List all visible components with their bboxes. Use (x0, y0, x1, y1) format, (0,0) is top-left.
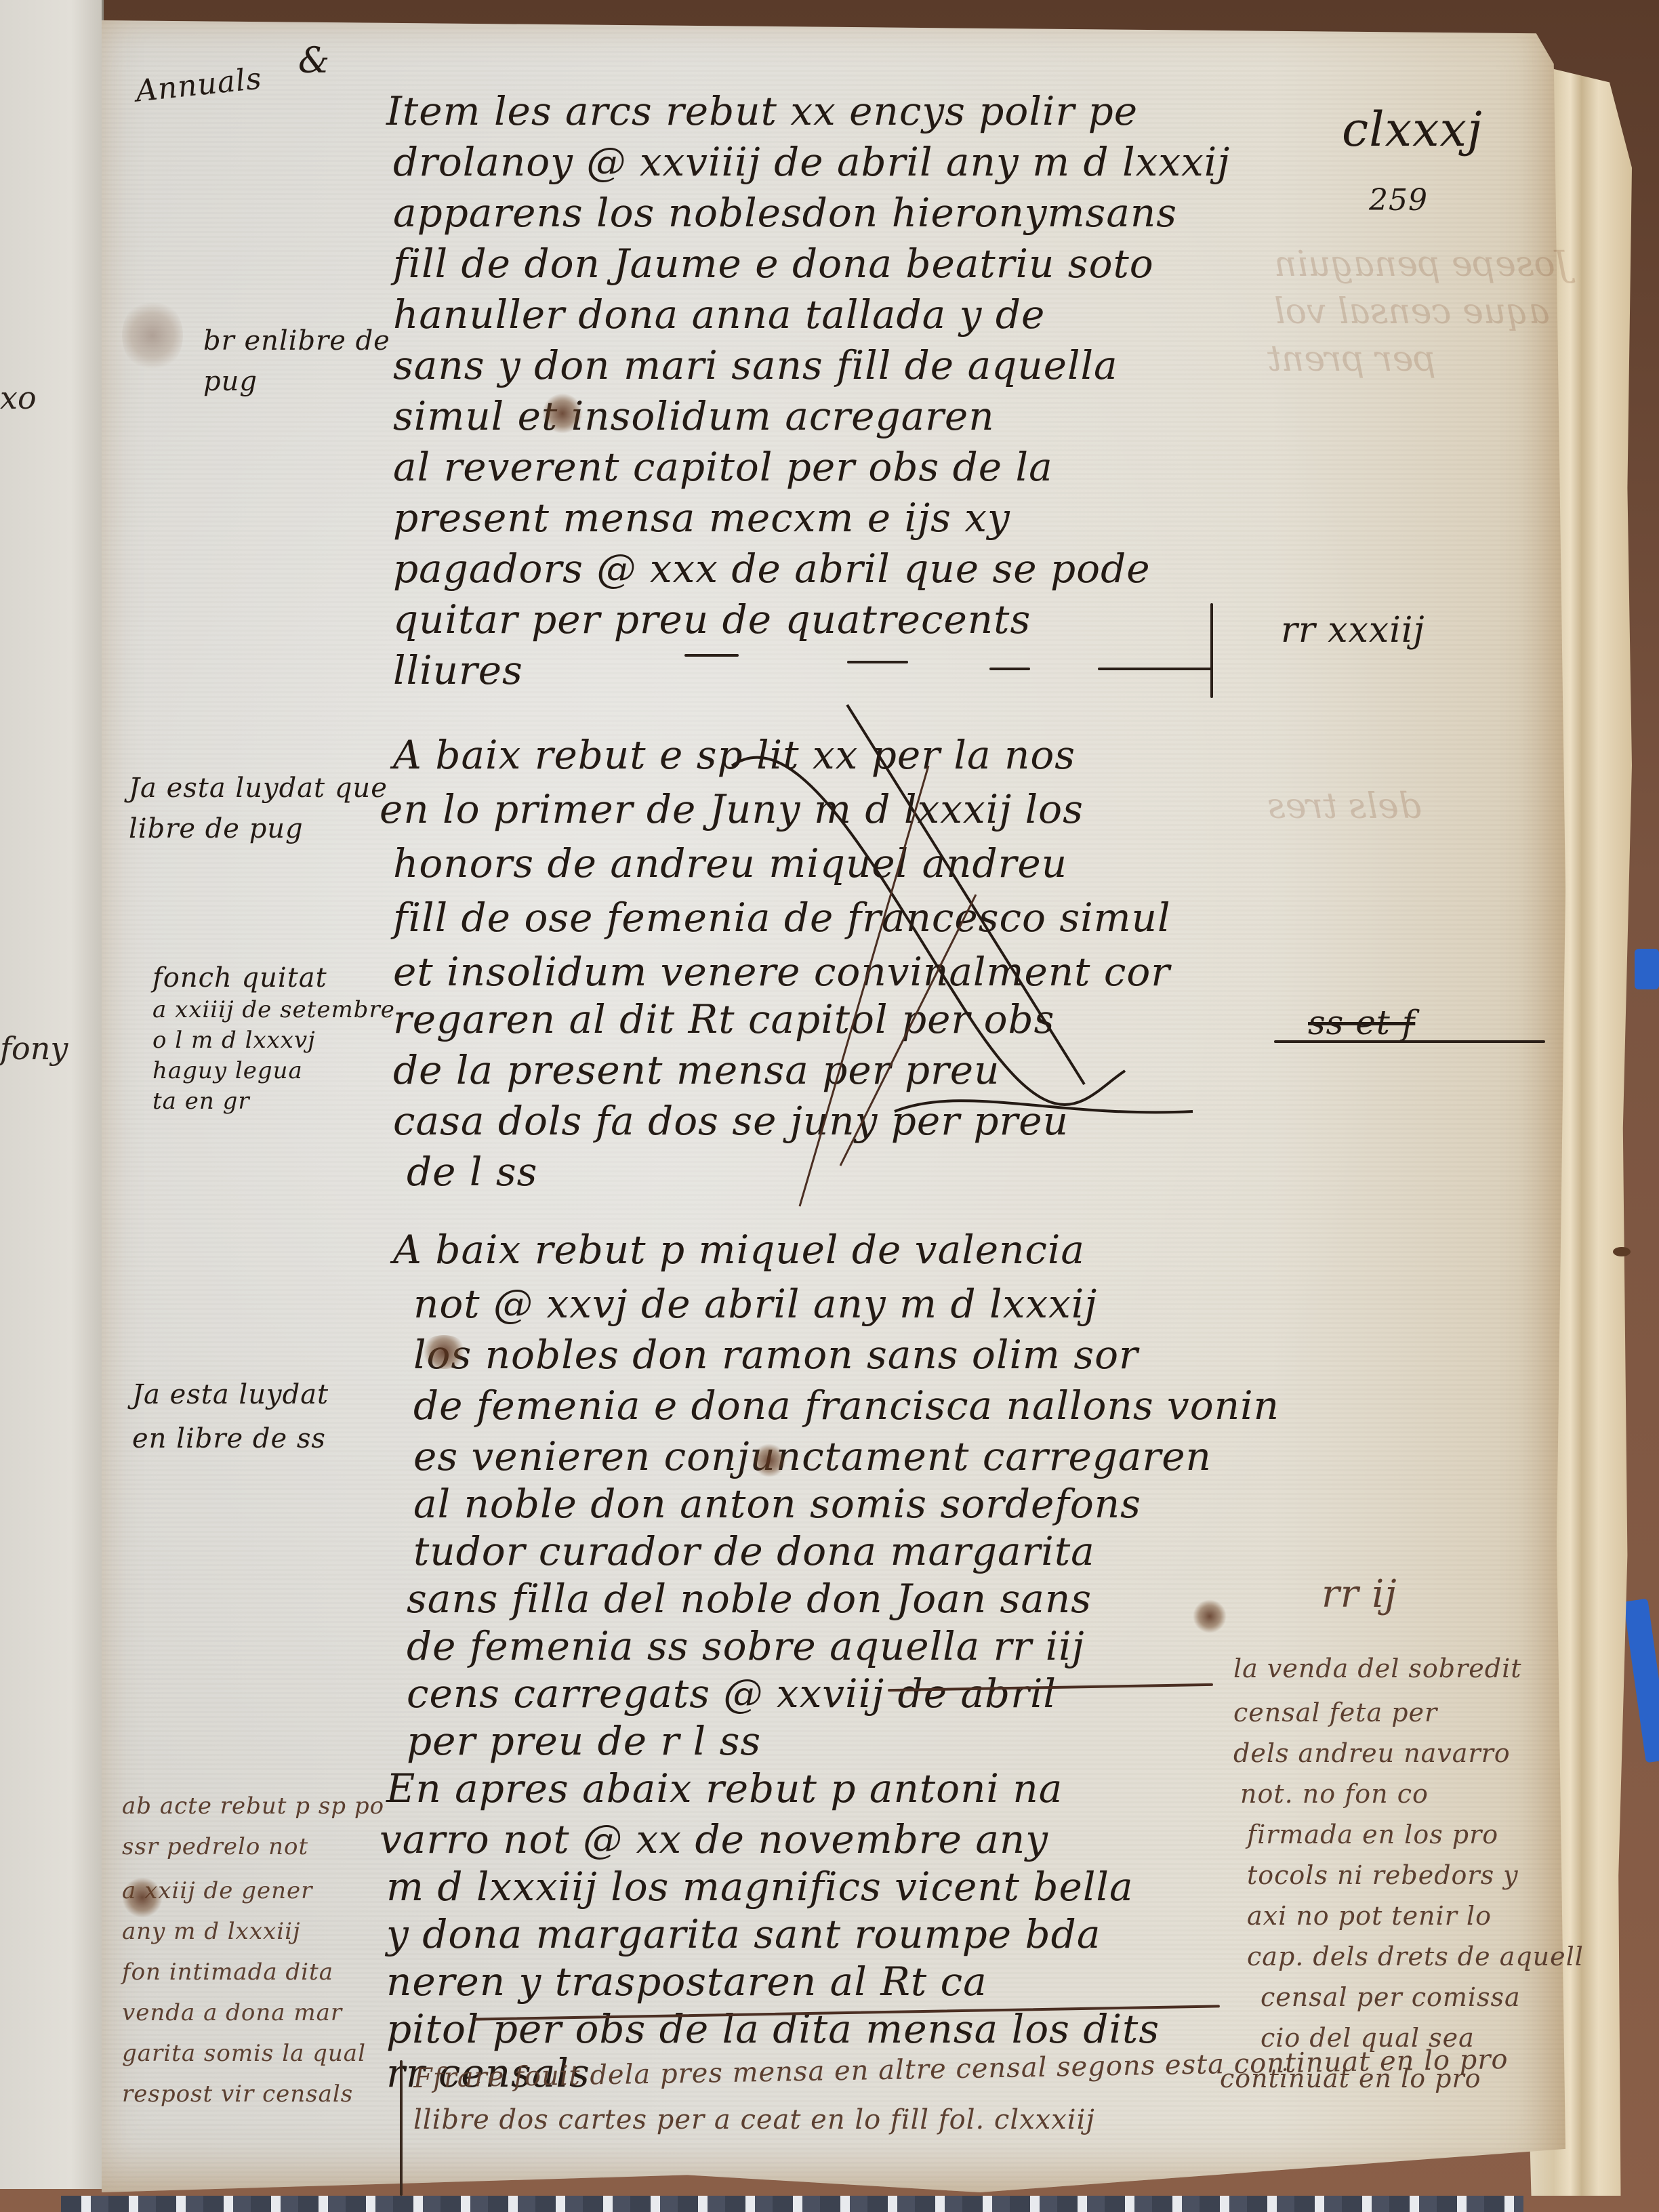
margin-note: respost vir censals (122, 2081, 353, 2108)
facing-page-fragment: fony (0, 1030, 68, 1067)
margin-note-redemption: a xxiiij de setembre (152, 996, 395, 1023)
margin-note-line: cap. dels drets de aquell (1247, 1942, 1584, 1971)
entry-line: lliures (393, 647, 523, 693)
margin-note: pug (203, 366, 258, 397)
entry-line: tudor curador de dona margarita (413, 1528, 1095, 1574)
line-filler (989, 668, 1030, 670)
entry-line: de femenia e dona francisca nallons voni… (413, 1382, 1279, 1429)
entry-line: en lo primer de Juny m d lxxxij los (380, 786, 1084, 832)
bleed-through-text: per prent (1267, 339, 1436, 380)
margin-note-redemption: ta en gr (152, 1088, 250, 1115)
ink-stain (1193, 1599, 1227, 1633)
entry-line: simul et insolidum acregaren (393, 393, 995, 439)
entry-amount: rr xxxiij (1281, 610, 1425, 651)
ink-stain (122, 1877, 163, 1918)
margin-note: ssr pedrelo not (122, 1833, 308, 1860)
margin-note: ab acte rebut p sp po (122, 1793, 384, 1820)
entry-line: fill de ose femenia de francesco simul (393, 895, 1171, 941)
bleed-through-text: Josepe penaguin (1274, 244, 1570, 285)
entry-line: neren y traspostaren al Rt ca (386, 1959, 987, 2005)
margin-note-line: axi no pot tenir lo (1247, 1901, 1492, 1931)
entry-line: En apres abaix rebut p antoni na (386, 1765, 1063, 1811)
margin-note: venda a dona mar (122, 1999, 342, 2026)
entry-line: de l ss (407, 1149, 537, 1195)
folio-number-arabic: 259 (1369, 183, 1428, 218)
margin-note: garita somis la qual (122, 2040, 366, 2067)
entry-line: los nobles don ramon sans olim sor (413, 1332, 1139, 1378)
entry-line: casa dols fa dos se juny per preu (393, 1098, 1069, 1144)
entry-line: apparens los noblesdon hieronymsans (393, 190, 1177, 236)
line-filler (684, 654, 739, 657)
entry-line: cens carregats @ xxviij de abril (407, 1671, 1057, 1717)
entry-line: sans y don mari sans fill de aquella (393, 342, 1118, 388)
entry-line: not @ xxvj de abril any m d lxxxij (413, 1281, 1097, 1327)
margin-note-redemption: o l m d lxxxvj (152, 1027, 316, 1054)
entry-line: honors de andreu miquel andreu (393, 840, 1067, 886)
entry-line: hanuller dona anna tallada y de (393, 291, 1045, 337)
margin-note-redemption: fonch quitat (152, 962, 327, 994)
strikeout-amount: ss et f (1308, 1003, 1415, 1042)
margin-note: fon intimada dita (122, 1959, 333, 1986)
margin-note: libre de pug (129, 813, 304, 844)
entry-line: present mensa mecxm e ijs xy (393, 495, 1010, 541)
facing-page-fragment: xo (0, 380, 37, 416)
entry-line: pagadors @ xxx de abril que se pode (393, 546, 1151, 592)
line-filler (1210, 603, 1213, 698)
bleed-through-text: aque censal vol (1274, 291, 1550, 332)
header-mark: & (298, 41, 330, 81)
margin-note: br enlibre de (203, 325, 390, 356)
entry-line: al reverent capitol per obs de la (393, 444, 1053, 490)
entry-line: per preu de r l ss (407, 1718, 761, 1764)
entry-line: A baix rebut p miquel de valencia (393, 1227, 1085, 1273)
binding-hole (1613, 1247, 1631, 1256)
folio-number-roman: clxxxj (1342, 102, 1483, 157)
margin-note-redemption: haguy legua (152, 1057, 303, 1084)
entry-line: fill de don Jaume e dona beatriu soto (393, 241, 1154, 287)
water-stain (122, 298, 183, 373)
entry-line: et insolidum venere convinalment cor (393, 949, 1170, 995)
margin-note: Ja esta luydat que (129, 773, 388, 804)
margin-note-line: dels andreu navarro (1233, 1738, 1511, 1768)
ink-stain (752, 1443, 786, 1477)
entry-line: y dona margarita sant roumpe bda (386, 1911, 1101, 1957)
ink-stain (542, 393, 583, 434)
entry-line: drolanoy @ xxviiij de abril any m d lxxx… (393, 139, 1230, 185)
entry-line: A baix rebut e sp lit xx per la nos (393, 732, 1076, 778)
entry-line: es venieren conjunctament carregaren (413, 1433, 1212, 1479)
binding-ribbon (1635, 949, 1659, 989)
margin-note-line: cio del qual sea (1261, 2023, 1475, 2053)
bottom-cloth (61, 2196, 1523, 2212)
entry-line: regaren al dit Rt capitol per obs (393, 996, 1054, 1042)
margin-note-line: firmada en los pro (1247, 1820, 1498, 1849)
footer-note: llibre dos cartes per a ceat en lo fill … (413, 2104, 1095, 2135)
entry-line: de femenia ss sobre aquella rr iij (407, 1623, 1085, 1669)
margin-note-line: censal feta per (1233, 1698, 1437, 1727)
entry-line: Item les arcs rebut xx encys polir pe (386, 88, 1138, 134)
entry-line: sans filla del noble don Joan sans (407, 1576, 1092, 1622)
margin-note-line: la venda del sobredit (1233, 1654, 1522, 1683)
facing-page: xo fony (0, 0, 104, 2189)
strikeout-line (1274, 1040, 1545, 1043)
entry-amount: rr ij (1322, 1572, 1397, 1616)
margin-note-line: tocols ni rebedors y (1247, 1860, 1519, 1890)
entry-line: varro not @ xx de novembre any (380, 1816, 1048, 1862)
bleed-through-text: dels tres (1267, 786, 1421, 827)
entry-line: de la present mensa per preu (393, 1047, 1000, 1093)
margin-note: en libre de ss (132, 1423, 326, 1454)
entry-line: al noble don anton somis sordefons (413, 1481, 1141, 1527)
column-divider (400, 2060, 403, 2196)
line-filler (847, 661, 908, 663)
entry-line: m d lxxxiij los magnifics vicent bella (386, 1864, 1134, 1910)
margin-note-line: continuat en lo pro (1220, 2064, 1481, 2093)
margin-note-line: censal per comissa (1261, 1982, 1521, 2012)
line-filler (1098, 668, 1213, 670)
margin-note: Ja esta luydat (132, 1379, 329, 1410)
margin-note: any m d lxxxiij (122, 1918, 301, 1945)
ink-stain (420, 1335, 468, 1369)
margin-note-line: not. no fon co (1240, 1779, 1429, 1809)
entry-line: quitar per preu de quatrecents (393, 596, 1031, 642)
